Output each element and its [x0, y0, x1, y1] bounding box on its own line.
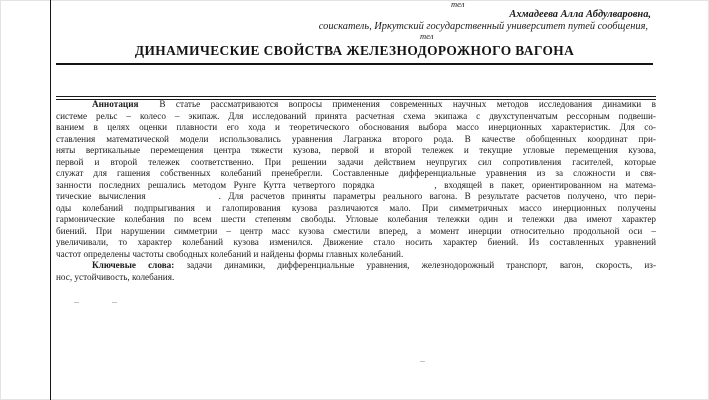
abstract-lines: системе рельс – колесо – экипаж. Для исс…: [56, 111, 656, 249]
keywords-first-line: Ключевые слова: задачи динамики, диффере…: [56, 260, 656, 272]
placeholder-dash: –: [112, 298, 117, 308]
left-margin-rule: [50, 0, 51, 400]
abstract-line: первой и второй тележек соответственно. …: [56, 157, 656, 169]
header-author: Ахмадеева Алла Абдулваровна,: [509, 9, 651, 20]
abstract-line: оды колебаний подпрыгивания и галопирова…: [56, 203, 656, 215]
placeholder-dash: –: [74, 298, 79, 308]
abstract-line: ванием в целях оценки плавности его хода…: [56, 122, 656, 134]
abstract-line: биений. При нарушении симметрии – центр …: [56, 226, 656, 238]
header-tel-bottom: тел: [420, 32, 433, 41]
article-title: ДИНАМИЧЕСКИЕ СВОЙСТВА ЖЕЛЕЗНОДОРОЖНОГО В…: [0, 43, 709, 58]
keywords-first-line-text: задачи динамики, дифференциальные уравне…: [174, 260, 656, 270]
abstract-line: гармонические колебания по всем шести ст…: [56, 214, 656, 226]
header-tel-top: тел: [451, 0, 464, 9]
document-page: тел Ахмадеева Алла Абдулваровна, соискат…: [0, 0, 709, 400]
placeholder-dash: –: [420, 357, 425, 367]
abstract-line: тические вычисления . Для расчетов приня…: [56, 191, 656, 203]
abstract-line: служат для гашения собственных колебаний…: [56, 168, 656, 180]
abstract-last-line: частот определены частоты свободных коле…: [56, 249, 656, 261]
keywords-last-line: нос, устойчивость, колебания.: [56, 272, 656, 284]
abstract-label: Аннотация: [92, 99, 138, 109]
keywords-label: Ключевые слова:: [92, 260, 174, 270]
abstract-line: системе рельс – колесо – экипаж. Для исс…: [56, 111, 656, 123]
title-underline-rule: [56, 63, 653, 65]
abstract-line: няты вертикальные перемещения центра тяж…: [56, 145, 656, 157]
header-affiliation: соискатель, Иркутский государственный ун…: [319, 21, 648, 32]
abstract-first-line: Аннотация В статье рассматриваются вопро…: [56, 99, 656, 111]
abstract-first-line-text: В статье рассматриваются вопросы примене…: [138, 99, 656, 109]
abstract-block: Аннотация В статье рассматриваются вопро…: [56, 99, 656, 283]
abstract-line: ставления математической модели использо…: [56, 134, 656, 146]
abstract-line: занности последних решались методом Рунг…: [56, 180, 656, 192]
abstract-line: увеличивали, то характер колебаний кузов…: [56, 237, 656, 249]
